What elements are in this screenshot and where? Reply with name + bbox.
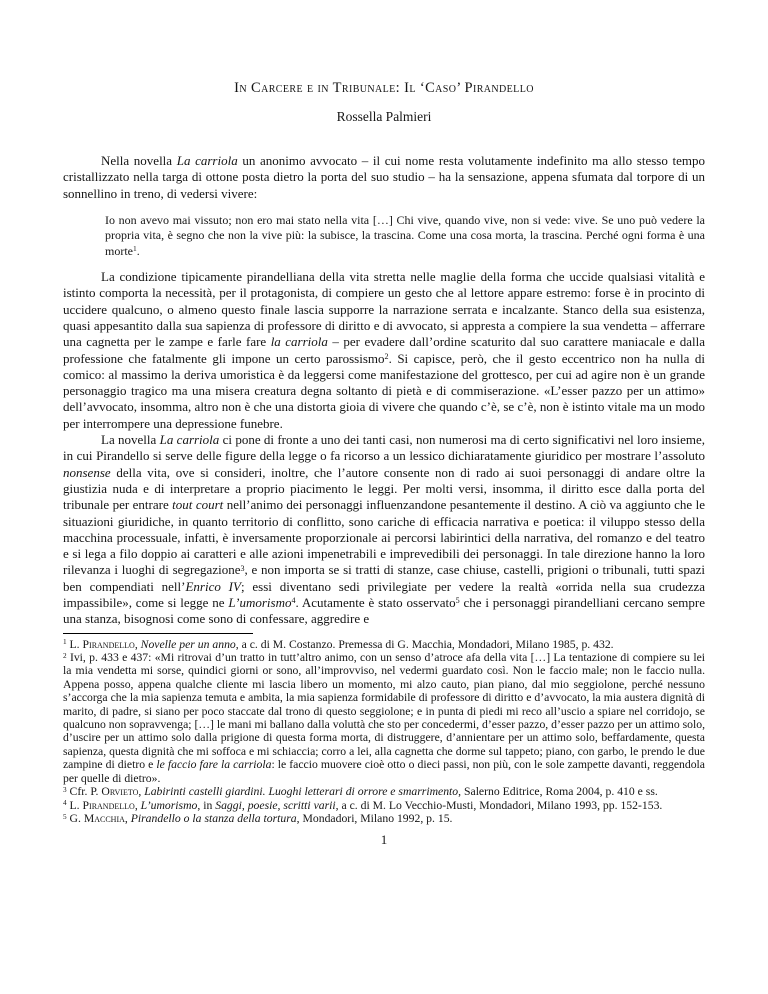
paper-title: In Carcere e in Tribunale: Il ‘Caso’ Pir…	[63, 80, 705, 96]
footnote-2: 2 Ivi, p. 433 e 437: «Mi ritrovai d’un t…	[63, 651, 705, 785]
block-quote: Io non avevo mai vissuto; non ero mai st…	[105, 213, 705, 259]
paragraph-condizione: La condizione tipicamente pirandelliana …	[63, 269, 705, 432]
footnote-divider	[63, 633, 253, 634]
footnote-3: 3 Cfr. P. Orvieto, Labirinti castelli gi…	[63, 785, 705, 798]
paragraph-intro: Nella novella La carriola un anonimo avv…	[63, 153, 705, 202]
paper-author: Rossella Palmieri	[63, 109, 705, 125]
footnote-4: 4 L. Pirandello, L’umorismo, in Saggi, p…	[63, 799, 705, 812]
paragraph-novella: La novella La carriola ci pone di fronte…	[63, 432, 705, 628]
page-number: 1	[63, 832, 705, 848]
footnote-5: 5 G. Macchia, Pirandello o la stanza del…	[63, 812, 705, 825]
footnotes-section: 1 L. Pirandello, Novelle per un anno, a …	[63, 638, 705, 826]
document-page: In Carcere e in Tribunale: Il ‘Caso’ Pir…	[0, 0, 768, 994]
footnote-1: 1 L. Pirandello, Novelle per un anno, a …	[63, 638, 705, 651]
